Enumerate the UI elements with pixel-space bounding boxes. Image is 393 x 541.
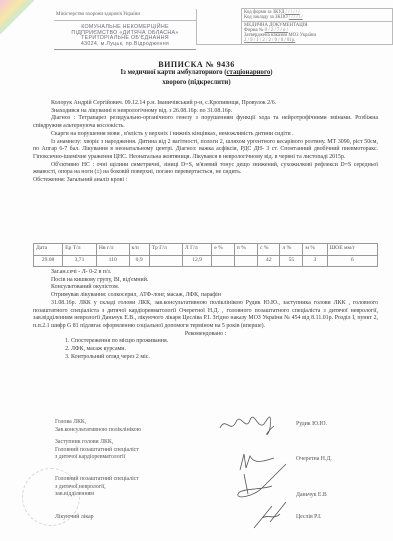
- scan-artifact: [0, 0, 34, 34]
- exam-title: Обстеження: Загальний аналіз крові :: [33, 177, 378, 185]
- signatory-name: Очеретна Н.Д.: [296, 456, 332, 462]
- table-row: 29.08 3,71 110 0,9 12,9 42 55 3 6: [34, 256, 378, 267]
- document-subtitle-2: хворого (підкреслити): [0, 79, 393, 86]
- treatment: Отримував лікування: солкосерил, АТФ-лон…: [33, 292, 378, 300]
- patient-info: Колорук Андрій Сергійович. 09.12.14 р.н.…: [33, 100, 378, 108]
- signature-role-1: Голова ЛКК, Зав.консультативною поліклін…: [55, 419, 141, 434]
- diagnosis: Діагноз : Тетрапарез резидуально-органіч…: [33, 115, 378, 130]
- signature-scribble: [232, 462, 292, 502]
- stamp-line: 43024, м.Луцьк, пр.Відродження: [54, 42, 196, 48]
- signature-scribble: [218, 408, 278, 440]
- signatory-name: Рудик Ю.Ю.: [296, 421, 327, 427]
- urine-test: Заг.ан.сечі - Л- 0-2 в п/з.: [33, 269, 378, 277]
- signatory-name: Цеслів Р.І.: [296, 514, 322, 520]
- recommendations-title: Рекомендовано :: [33, 331, 378, 339]
- commission-decision: 31.08.16р. ЛКК у складі голови ЛКК, зав.…: [33, 300, 378, 331]
- header-left: Міністерство охорони здоров'я України КО…: [54, 11, 196, 50]
- document-body: Колорук Андрій Сергійович. 09.12.14 р.н.…: [33, 100, 378, 185]
- list-item: Контрольний огляд через 2 міс.: [71, 354, 378, 362]
- document-title: ВИПИСКА № 9436: [0, 60, 393, 69]
- recommendations-list: Спостереження по місцю проживання. ЛФК, …: [33, 338, 378, 361]
- doc-type-cell: МЕДИЧНА ДОКУМЕНТАЦІЯ Форма № 0 / 2 / 7 /…: [242, 22, 393, 45]
- results-and-conclusion: Заг.ан.сечі - Л- 0-2 в п/з. Посів на киш…: [33, 269, 378, 361]
- form-codes-table: Код форми за ЗКУД / / / / / / Код заклад…: [196, 8, 393, 45]
- anamnesis: Із анамнезу: хворіє з народження. Дитина…: [33, 139, 378, 162]
- consultation: Консультований окулістом.: [33, 284, 378, 292]
- signature-scribble: [252, 500, 292, 530]
- list-item: ЛФК, масаж курсами.: [71, 346, 378, 354]
- blood-test-table: Дата Ер Т/л Нв г/л к/п Тр Г/л Л Г/л е % …: [33, 243, 378, 267]
- complaints: Скарги на порушення мови , в'ялість у ве…: [33, 131, 378, 139]
- table-header-row: Дата Ер Т/л Нв г/л к/п Тр Г/л Л Г/л е % …: [34, 244, 378, 256]
- ministry-name: Міністерство охорони здоров'я України: [54, 11, 196, 21]
- signature-role-4: Лікуючий лікар: [55, 514, 94, 522]
- signatory-name: Даньчук Е.В: [296, 492, 327, 498]
- signature-role-3: Головний позаштатний спеціаліст з дитячо…: [55, 476, 139, 499]
- signature-role-2: Заступник голови ЛКК, Головний позаштатн…: [55, 439, 139, 462]
- document-subtitle: Із медичної карти амбулаторного (стаціон…: [0, 69, 393, 76]
- institution-stamp: КОМУНАЛЬНЕ НЕКОМЕРЦІЙНЕ ПІДПРИЄМСТВО «ДИ…: [54, 25, 196, 50]
- list-item: Спостереження по місцю проживання.: [71, 338, 378, 346]
- okud-cell: Код форми за ЗКУД / / / / / / Код заклад…: [242, 9, 393, 22]
- objective-status: Об'єктивно НС : очні щілини симетричні, …: [33, 162, 378, 177]
